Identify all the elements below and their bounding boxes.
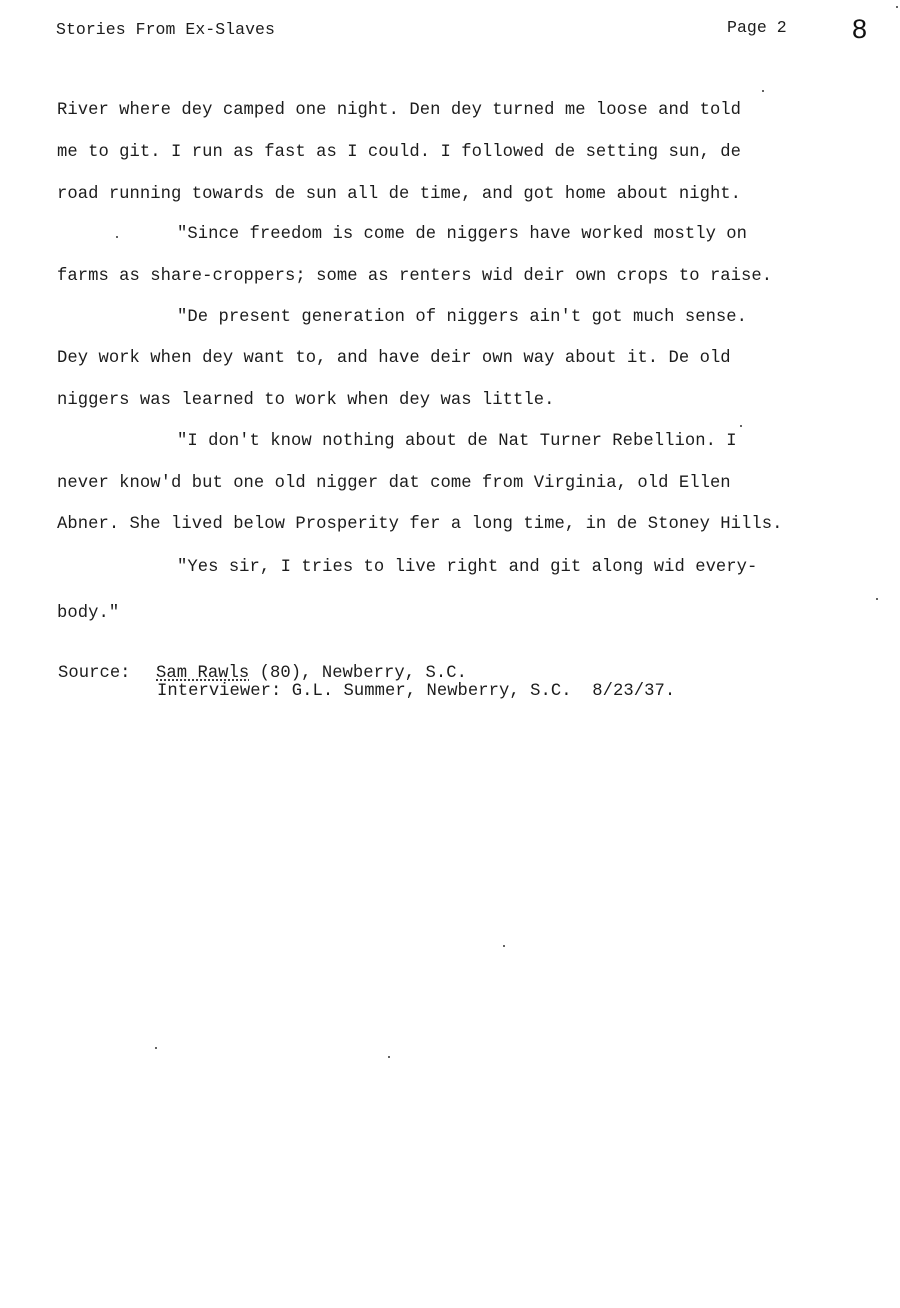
informant-details: (80), Newberry, S.C. [249, 664, 467, 683]
text-line: River where dey camped one night. Den de… [57, 101, 741, 120]
interviewer-line: Interviewer: G.L. Summer, Newberry, S.C.… [157, 682, 675, 701]
page-label: Page 2 [727, 18, 787, 37]
text-line: never know'd but one old nigger dat come… [57, 474, 731, 493]
scan-speck [388, 1056, 390, 1058]
text-line: farms as share-croppers; some as renters… [57, 267, 772, 286]
source-informant: Sam Rawls (80), Newberry, S.C. [156, 664, 467, 683]
informant-name: Sam Rawls [156, 664, 249, 683]
scan-speck [503, 945, 505, 947]
text-line: Abner. She lived below Prosperity fer a … [57, 515, 783, 534]
scan-speck [155, 1047, 157, 1049]
stamped-page-number: 8 [852, 14, 867, 45]
paragraph-start: "Yes sir, I tries to live right and git … [177, 558, 757, 577]
source-label: Source: [58, 664, 131, 683]
document-title: Stories From Ex-Slaves [56, 20, 275, 39]
scan-speck [876, 598, 878, 600]
text-line: me to git. I run as fast as I could. I f… [57, 143, 741, 162]
scan-speck [740, 425, 742, 427]
scan-speck [116, 236, 118, 238]
paragraph-start: "De present generation of niggers ain't … [177, 308, 747, 327]
paragraph-start: "Since freedom is come de niggers have w… [177, 225, 747, 244]
text-line: Dey work when dey want to, and have deir… [57, 349, 731, 368]
text-line: niggers was learned to work when dey was… [57, 391, 554, 410]
scan-speck [896, 6, 898, 8]
text-line: body." [57, 604, 119, 623]
text-line: road running towards de sun all de time,… [57, 185, 741, 204]
paragraph-start: "I don't know nothing about de Nat Turne… [177, 432, 737, 451]
scan-speck [762, 90, 764, 92]
